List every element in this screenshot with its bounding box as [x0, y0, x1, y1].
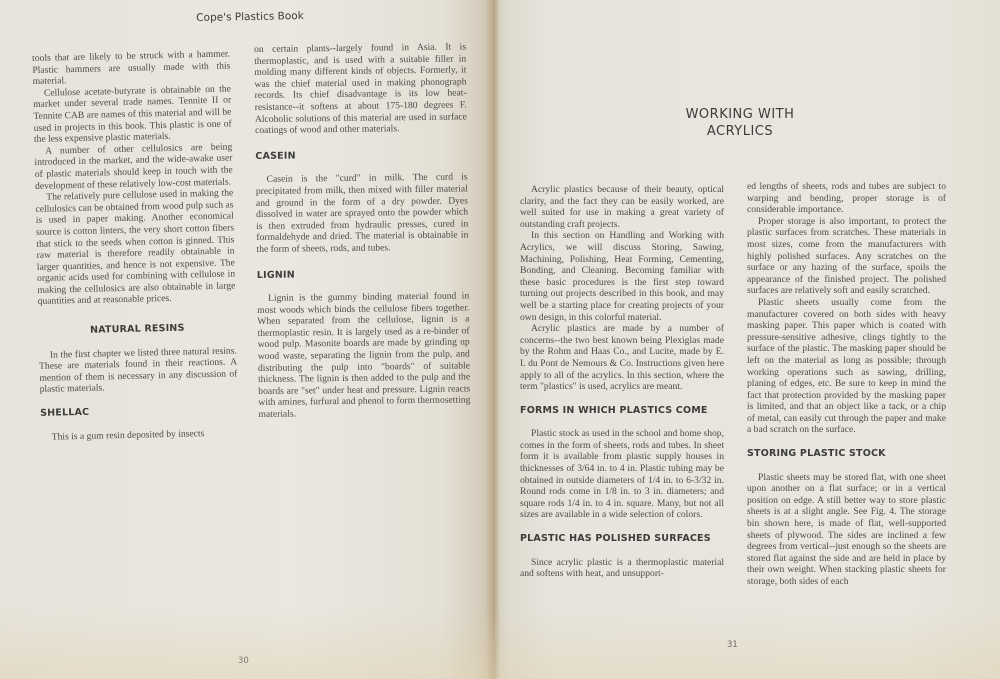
- heading-casein: CASEIN: [255, 148, 467, 162]
- paragraph: This is a gum resin deposited by insects: [41, 427, 239, 443]
- heading-polished-surfaces: PLASTIC HAS POLISHED SURFACES: [520, 533, 724, 545]
- paragraph: Plastic stock as used in the school and …: [520, 428, 724, 521]
- paragraph: ed lengths of sheets, rods and tubes are…: [747, 181, 946, 216]
- right-column-2: ed lengths of sheets, rods and tubes are…: [747, 181, 946, 588]
- chapter-title-line1: WORKING WITH: [660, 106, 820, 123]
- paragraph: Plastic sheets may be stored flat, with …: [747, 472, 946, 588]
- paragraph: Cellulose acetate-butyrate is obtainable…: [33, 83, 232, 145]
- paragraph: Acrylic plastics are made by a number of…: [520, 323, 724, 393]
- paragraph: Proper storage is also important, to pro…: [747, 216, 946, 297]
- left-column-2: on certain plants--largely found in Asia…: [254, 41, 471, 420]
- page-discoloration: [0, 609, 1000, 679]
- left-page: Cope's Plastics Book tools that are like…: [0, 0, 492, 679]
- left-column-1: tools that are likely to be struck with …: [32, 49, 239, 444]
- heading-shellac: SHELLAC: [40, 403, 238, 419]
- book-spine-gutter: [486, 0, 500, 679]
- paragraph: A number of other cellulosics are being …: [34, 141, 233, 192]
- paragraph: Lignin is the gummy binding material fou…: [257, 290, 471, 420]
- paragraph: tools that are likely to be struck with …: [32, 49, 231, 88]
- paragraph: Acrylic plastics because of their beauty…: [520, 184, 724, 230]
- heading-forms: FORMS IN WHICH PLASTICS COME: [520, 405, 724, 417]
- paragraph: Plastic sheets usually come from the man…: [747, 297, 946, 436]
- chapter-title-line2: ACRYLICS: [660, 123, 820, 140]
- running-head: Cope's Plastics Book: [190, 10, 310, 24]
- paragraph: Since acrylic plastic is a thermoplastic…: [520, 557, 724, 580]
- paragraph: The relatively pure cellulose used in ma…: [35, 188, 236, 308]
- paragraph: In the first chapter we listed three nat…: [39, 345, 238, 396]
- paragraph: Casein is the "curd" in milk. The curd i…: [256, 172, 469, 256]
- heading-natural-resins: NATURAL RESINS: [38, 322, 236, 338]
- right-column-1: Acrylic plastics because of their beauty…: [520, 184, 724, 580]
- heading-storing-plastic-stock: STORING PLASTIC STOCK: [747, 448, 946, 460]
- chapter-title: WORKING WITH ACRYLICS: [660, 106, 820, 140]
- paragraph: on certain plants--largely found in Asia…: [254, 41, 467, 136]
- heading-lignin: LIGNIN: [257, 267, 469, 281]
- paragraph: In this section on Handling and Working …: [520, 230, 724, 323]
